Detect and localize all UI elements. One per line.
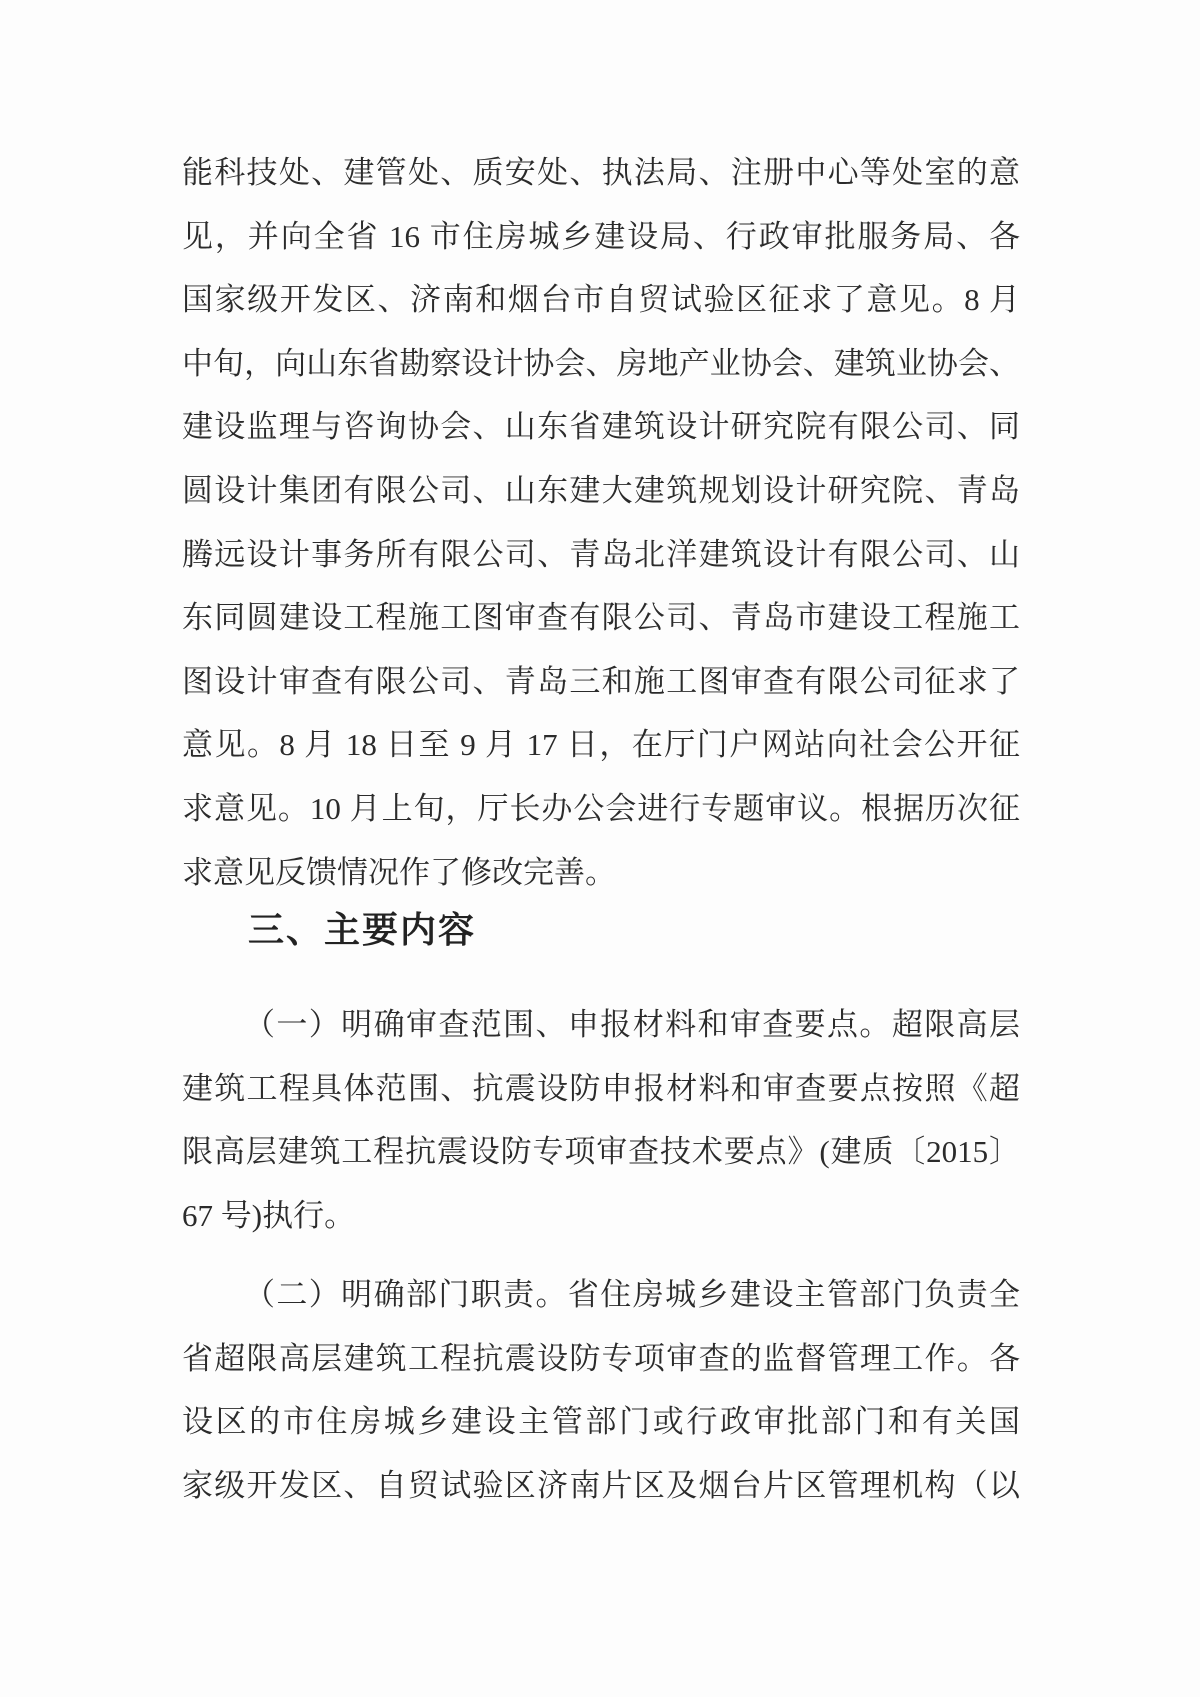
body-paragraph-item-one: （一）明确审查范围、申报材料和审查要点。超限高层建筑工程具体范围、抗震设防申报材… (182, 993, 1020, 1247)
text-line: 能科技处、建管处、质安处、执法局、注册中心等处室的意 (182, 141, 1020, 205)
body-paragraph-item-two: （二）明确部门职责。省住房城乡建设主管部门负责全省超限高层建筑工程抗震设防专项审… (182, 1263, 1020, 1517)
text-line: 建设监理与咨询协会、山东省建筑设计研究院有限公司、同 (182, 395, 1020, 459)
text-line: 东同圆建设工程施工图审查有限公司、青岛市建设工程施工 (182, 586, 1020, 650)
text-line: （一）明确审查范围、申报材料和审查要点。超限高层 (182, 993, 1020, 1057)
text-line: 省超限高层建筑工程抗震设防专项审查的监督管理工作。各 (182, 1327, 1020, 1391)
text-line: 圆设计集团有限公司、山东建大建筑规划设计研究院、青岛 (182, 459, 1020, 523)
document-page: 能科技处、建管处、质安处、执法局、注册中心等处室的意见，并向全省 16 市住房城… (0, 0, 1200, 1697)
section-heading: 三、主要内容 (182, 898, 1020, 962)
text-line: 意见。8 月 18 日至 9 月 17 日，在厅门户网站向社会公开征 (182, 713, 1020, 777)
text-line: 设区的市住房城乡建设主管部门或行政审批部门和有关国 (182, 1390, 1020, 1454)
body-paragraph-continuation: 能科技处、建管处、质安处、执法局、注册中心等处室的意见，并向全省 16 市住房城… (182, 141, 1020, 904)
text-line: 家级开发区、自贸试验区济南片区及烟台片区管理机构（以 (182, 1454, 1020, 1518)
text-line: 67 号)执行。 (182, 1184, 1020, 1248)
text-line: 求意见反馈情况作了修改完善。 (182, 841, 1020, 905)
text-line: 建筑工程具体范围、抗震设防申报材料和审查要点按照《超 (182, 1057, 1020, 1121)
text-line: 腾远设计事务所有限公司、青岛北洋建筑设计有限公司、山 (182, 523, 1020, 587)
text-line: 图设计审查有限公司、青岛三和施工图审查有限公司征求了 (182, 650, 1020, 714)
text-line: 国家级开发区、济南和烟台市自贸试验区征求了意见。8 月 (182, 268, 1020, 332)
text-line: 求意见。10 月上旬，厅长办公会进行专题审议。根据历次征 (182, 777, 1020, 841)
text-line: 中旬，向山东省勘察设计协会、房地产业协会、建筑业协会、 (182, 332, 1020, 396)
text-line: 限高层建筑工程抗震设防专项审查技术要点》(建质〔2015〕 (182, 1120, 1020, 1184)
text-line: 见，并向全省 16 市住房城乡建设局、行政审批服务局、各 (182, 205, 1020, 269)
text-line: （二）明确部门职责。省住房城乡建设主管部门负责全 (182, 1263, 1020, 1327)
